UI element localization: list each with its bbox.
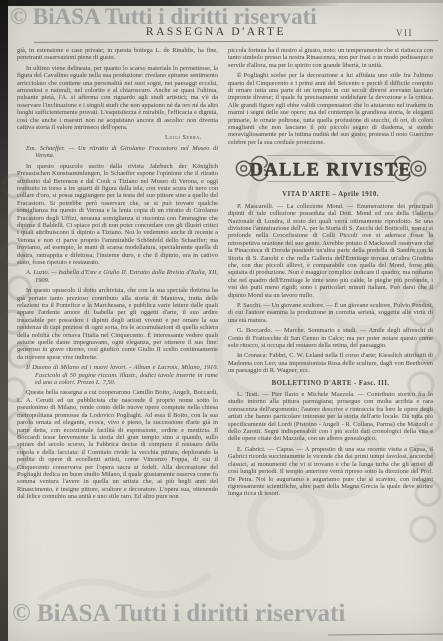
bibliography-entry: Em. Schaeffer. — Un ritratto di Girolamo… bbox=[17, 145, 218, 160]
paragraph: L. Testi. — Pier Ilario e Michele Mazzol… bbox=[228, 391, 433, 443]
section-heading-vita-darte: VITA D'ARTE – Aprile 1910. bbox=[228, 191, 433, 198]
paragraph: In Cronaca: Fabbri, C. W. Leland nella I… bbox=[228, 352, 433, 374]
paragraph: piccola fortuna ha il nostro sì giusto, … bbox=[228, 47, 433, 69]
paragraph: G. Boccardo. — Marche. Sommario e studi.… bbox=[228, 327, 433, 349]
paragraph: Il Pogliaghi scelse per la decorazione a… bbox=[228, 72, 433, 146]
author-signature: Luigi Serra. bbox=[17, 134, 218, 141]
left-column: già, in estensione e case private; in qu… bbox=[17, 47, 218, 504]
scanned-journal-page: © BiASA Tutti i diritti riservati © BiAS… bbox=[0, 0, 443, 641]
watermark-top: © BiASA Tutti i diritti riservati bbox=[10, 4, 317, 30]
dalle-riviste-title: DALLE RIVISTE bbox=[249, 160, 412, 180]
scan-artifact-line bbox=[328, 633, 443, 635]
bibliography-entry: A. Luzio. — Isabella d'Este e Giulio II.… bbox=[17, 269, 218, 284]
dalle-riviste-banner: DALLE RIVISTE bbox=[234, 151, 428, 186]
paragraph: P. Sacchi. — Un giovane scultore. — È un… bbox=[228, 302, 433, 324]
right-column: piccola fortuna ha il nostro sì giusto, … bbox=[228, 47, 433, 501]
bibliography-entry: Il Duomo di Milano ed i nuovi lavori. - … bbox=[17, 364, 218, 386]
header-rule bbox=[34, 40, 438, 43]
scan-edge-left bbox=[0, 0, 8, 641]
paragraph: Questa bella rassegna a cui cooperarono … bbox=[17, 389, 218, 500]
watermark-bottom: © BiASA Tutti i diritti riservati bbox=[12, 600, 345, 628]
paragraph: In ultimo viene delineata, per quanto lo… bbox=[17, 65, 218, 132]
page-number: VII bbox=[396, 28, 413, 38]
paragraph: E. Gabrici. — Capua. — A proposito di un… bbox=[228, 446, 433, 498]
section-heading-bollettino: BOLLETTINO D'ARTE - Fasc. III. bbox=[228, 380, 433, 387]
paragraph: In questo opuscolo uscito dalla rivista … bbox=[17, 163, 218, 267]
paragraph: P. Mascarelli. — La collezione Mond. — E… bbox=[228, 203, 433, 299]
paragraph: già, in estensione e case private; in qu… bbox=[17, 47, 218, 62]
paragraph: In questo opuscolo il dotto archivista, … bbox=[17, 287, 218, 361]
